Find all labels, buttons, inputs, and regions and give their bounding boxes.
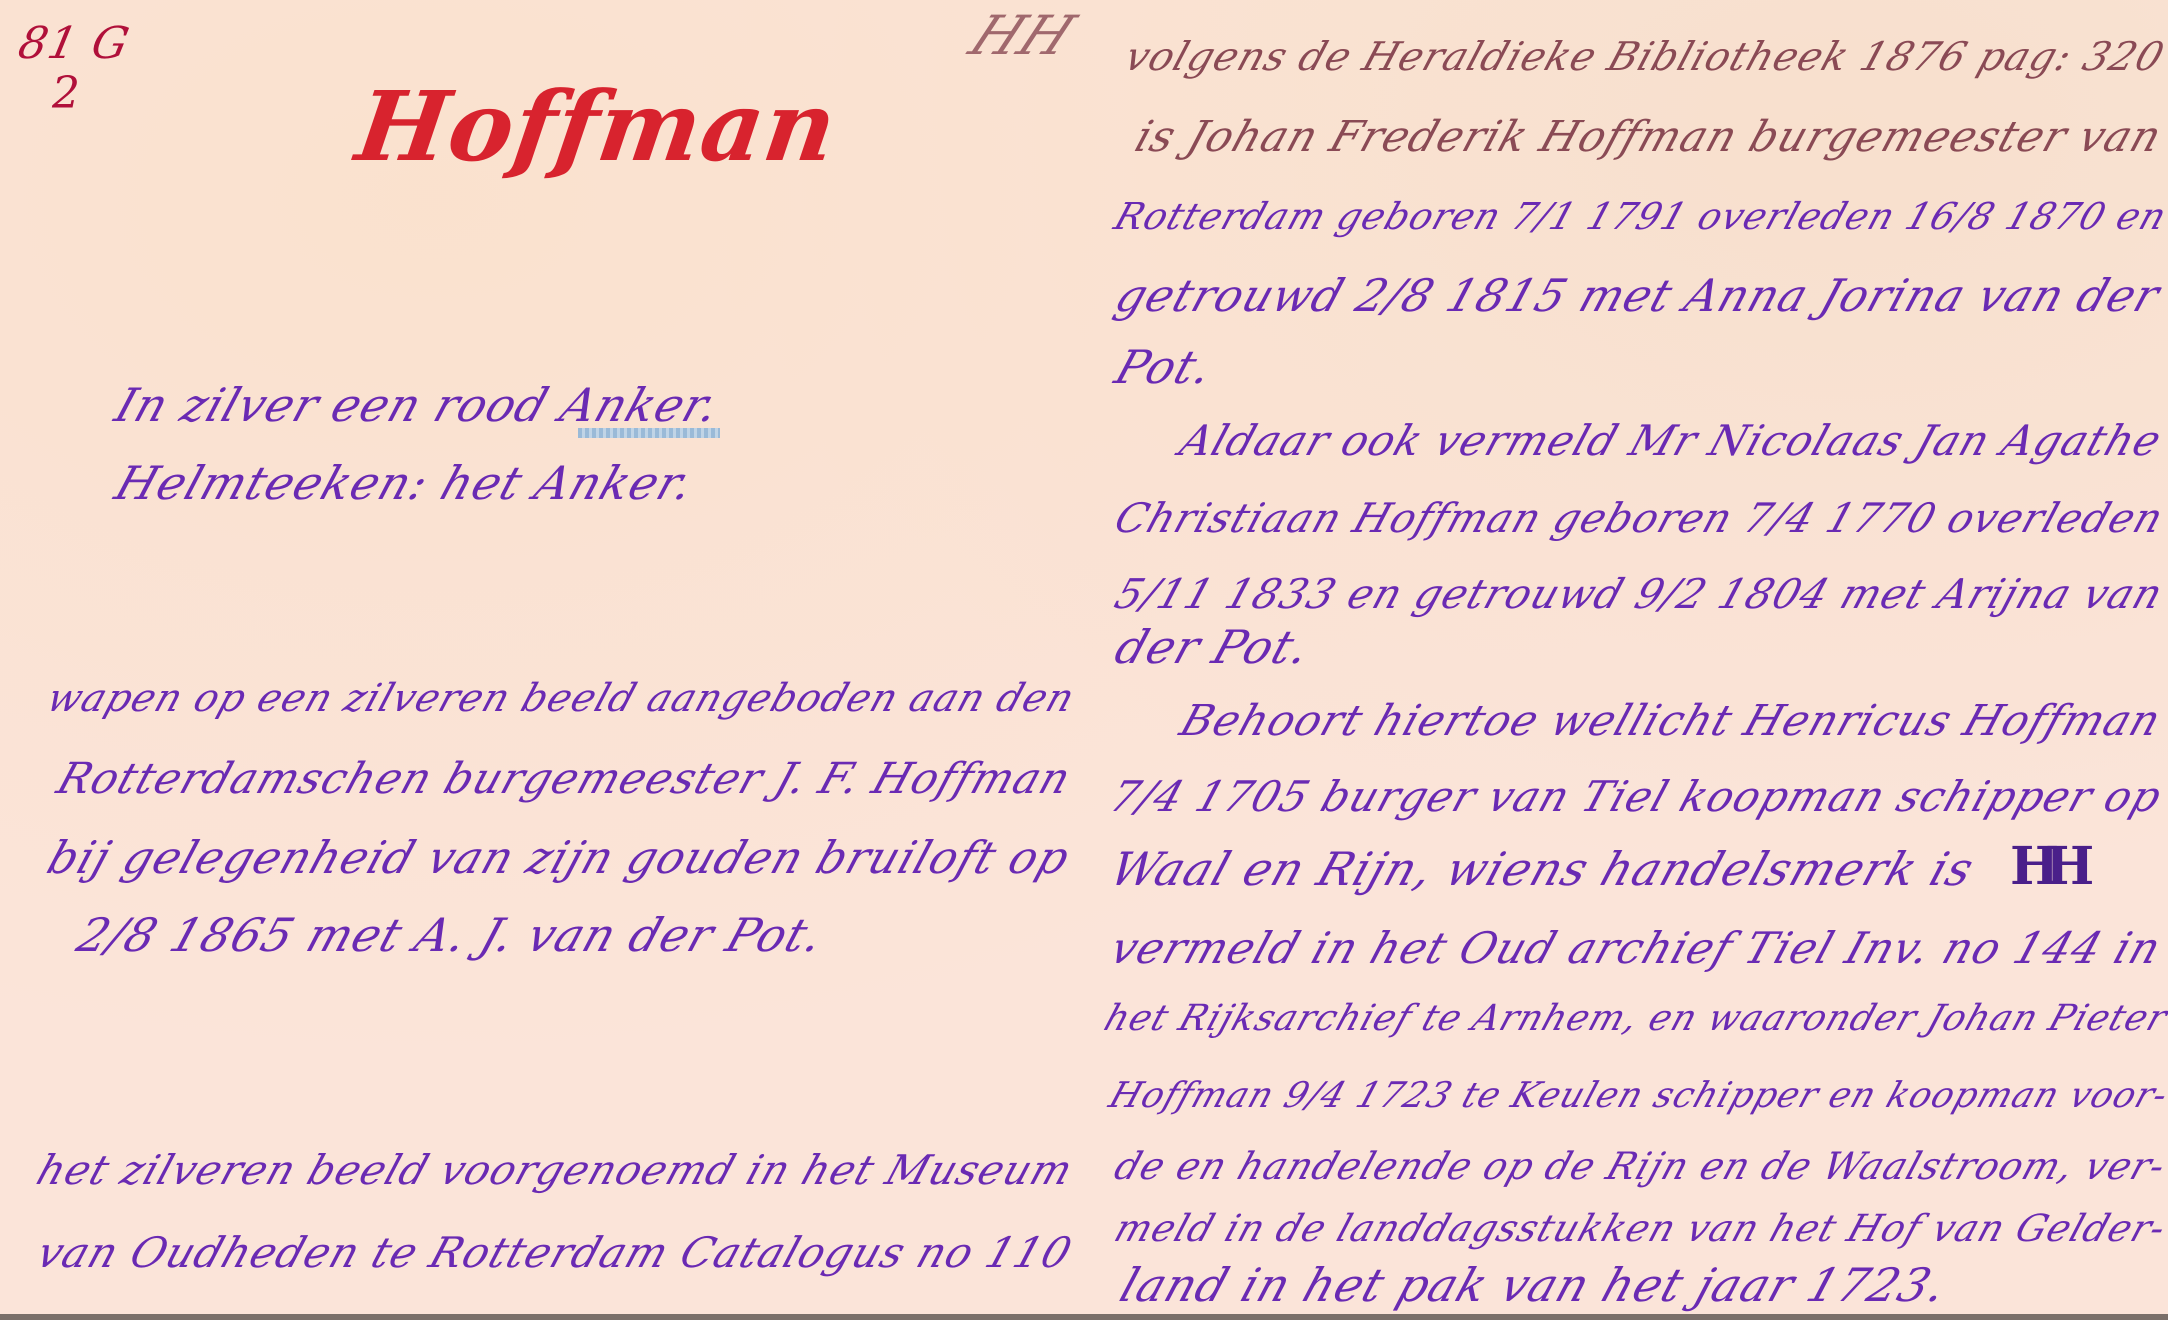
- text-line: Behoort hiertoe wellicht Henricus Hoffma…: [1175, 700, 2166, 743]
- text-line: Rotterdam geboren 7/1 1791 overleden 16/…: [1110, 198, 2168, 235]
- text-line: Aldaar ook vermeld Mr Nicolaas Jan Agath…: [1175, 420, 2167, 462]
- text-line: Pot.: [1110, 344, 1219, 390]
- archival-record-card: 81 G 2 Hoffman HH In zilver een rood Ank…: [0, 0, 2168, 1320]
- text-line: is Johan Frederik Hoffman burgemeester v…: [1130, 116, 2167, 159]
- text-line: volgens de Heraldieke Bibliotheek 1876 p…: [1120, 38, 2168, 77]
- text-line: Christiaan Hoffman geboren 7/4 1770 over…: [1110, 498, 2168, 539]
- text-line: meld in de landdagsstukken van het Hof v…: [1110, 1210, 2168, 1247]
- text-line: de en handelende op de Rijn en de Waalst…: [1110, 1148, 2168, 1186]
- text-line: het Rijksarchief te Arnhem, en waaronder…: [1100, 1000, 2168, 1036]
- blazon-line: In zilver een rood Anker.: [110, 382, 725, 428]
- text-line: Waal en Rijn, wiens handelsmerk is: [1105, 846, 1980, 892]
- reference-number-bottom: 2: [52, 68, 81, 119]
- text-line: Hoffman 9/4 1723 te Keulen schipper en k…: [1105, 1078, 2168, 1113]
- card-title: Hoffman: [350, 70, 844, 183]
- blue-underline-mark: [578, 428, 720, 438]
- text-line: getrouwd 2/8 1815 met Anna Jorina van de…: [1110, 274, 2165, 319]
- merchant-mark-icon: HH: [2010, 836, 2080, 897]
- corner-mark: HH: [960, 4, 1086, 67]
- text-line: Rotterdamschen burgemeester J. F. Hoffma…: [52, 758, 1076, 801]
- text-line: het zilveren beeld voorgenoemd in het Mu…: [32, 1150, 1078, 1191]
- text-line: vermeld in het Oud archief Tiel Inv. no …: [1105, 928, 2166, 971]
- text-line: 5/11 1833 en getrouwd 9/2 1804 met Arijn…: [1110, 574, 2168, 615]
- reference-number-top: 81 G: [14, 18, 134, 69]
- text-line: 7/4 1705 burger van Tiel koopman schippe…: [1105, 776, 2167, 818]
- text-line: land in het pak van het jaar 1723.: [1115, 1262, 1953, 1308]
- text-line: wapen op een zilveren beeld aangeboden a…: [42, 680, 1079, 719]
- crest-line: Helmteeken: het Anker.: [110, 460, 700, 506]
- text-line: 2/8 1865 met A. J. van der Pot.: [72, 912, 830, 958]
- text-line: bij gelegenheid van zijn gouden bruiloft…: [42, 836, 1075, 881]
- text-line: van Oudheden te Rotterdam Catalogus no 1…: [32, 1232, 1077, 1274]
- text-line: der Pot.: [1110, 624, 1316, 670]
